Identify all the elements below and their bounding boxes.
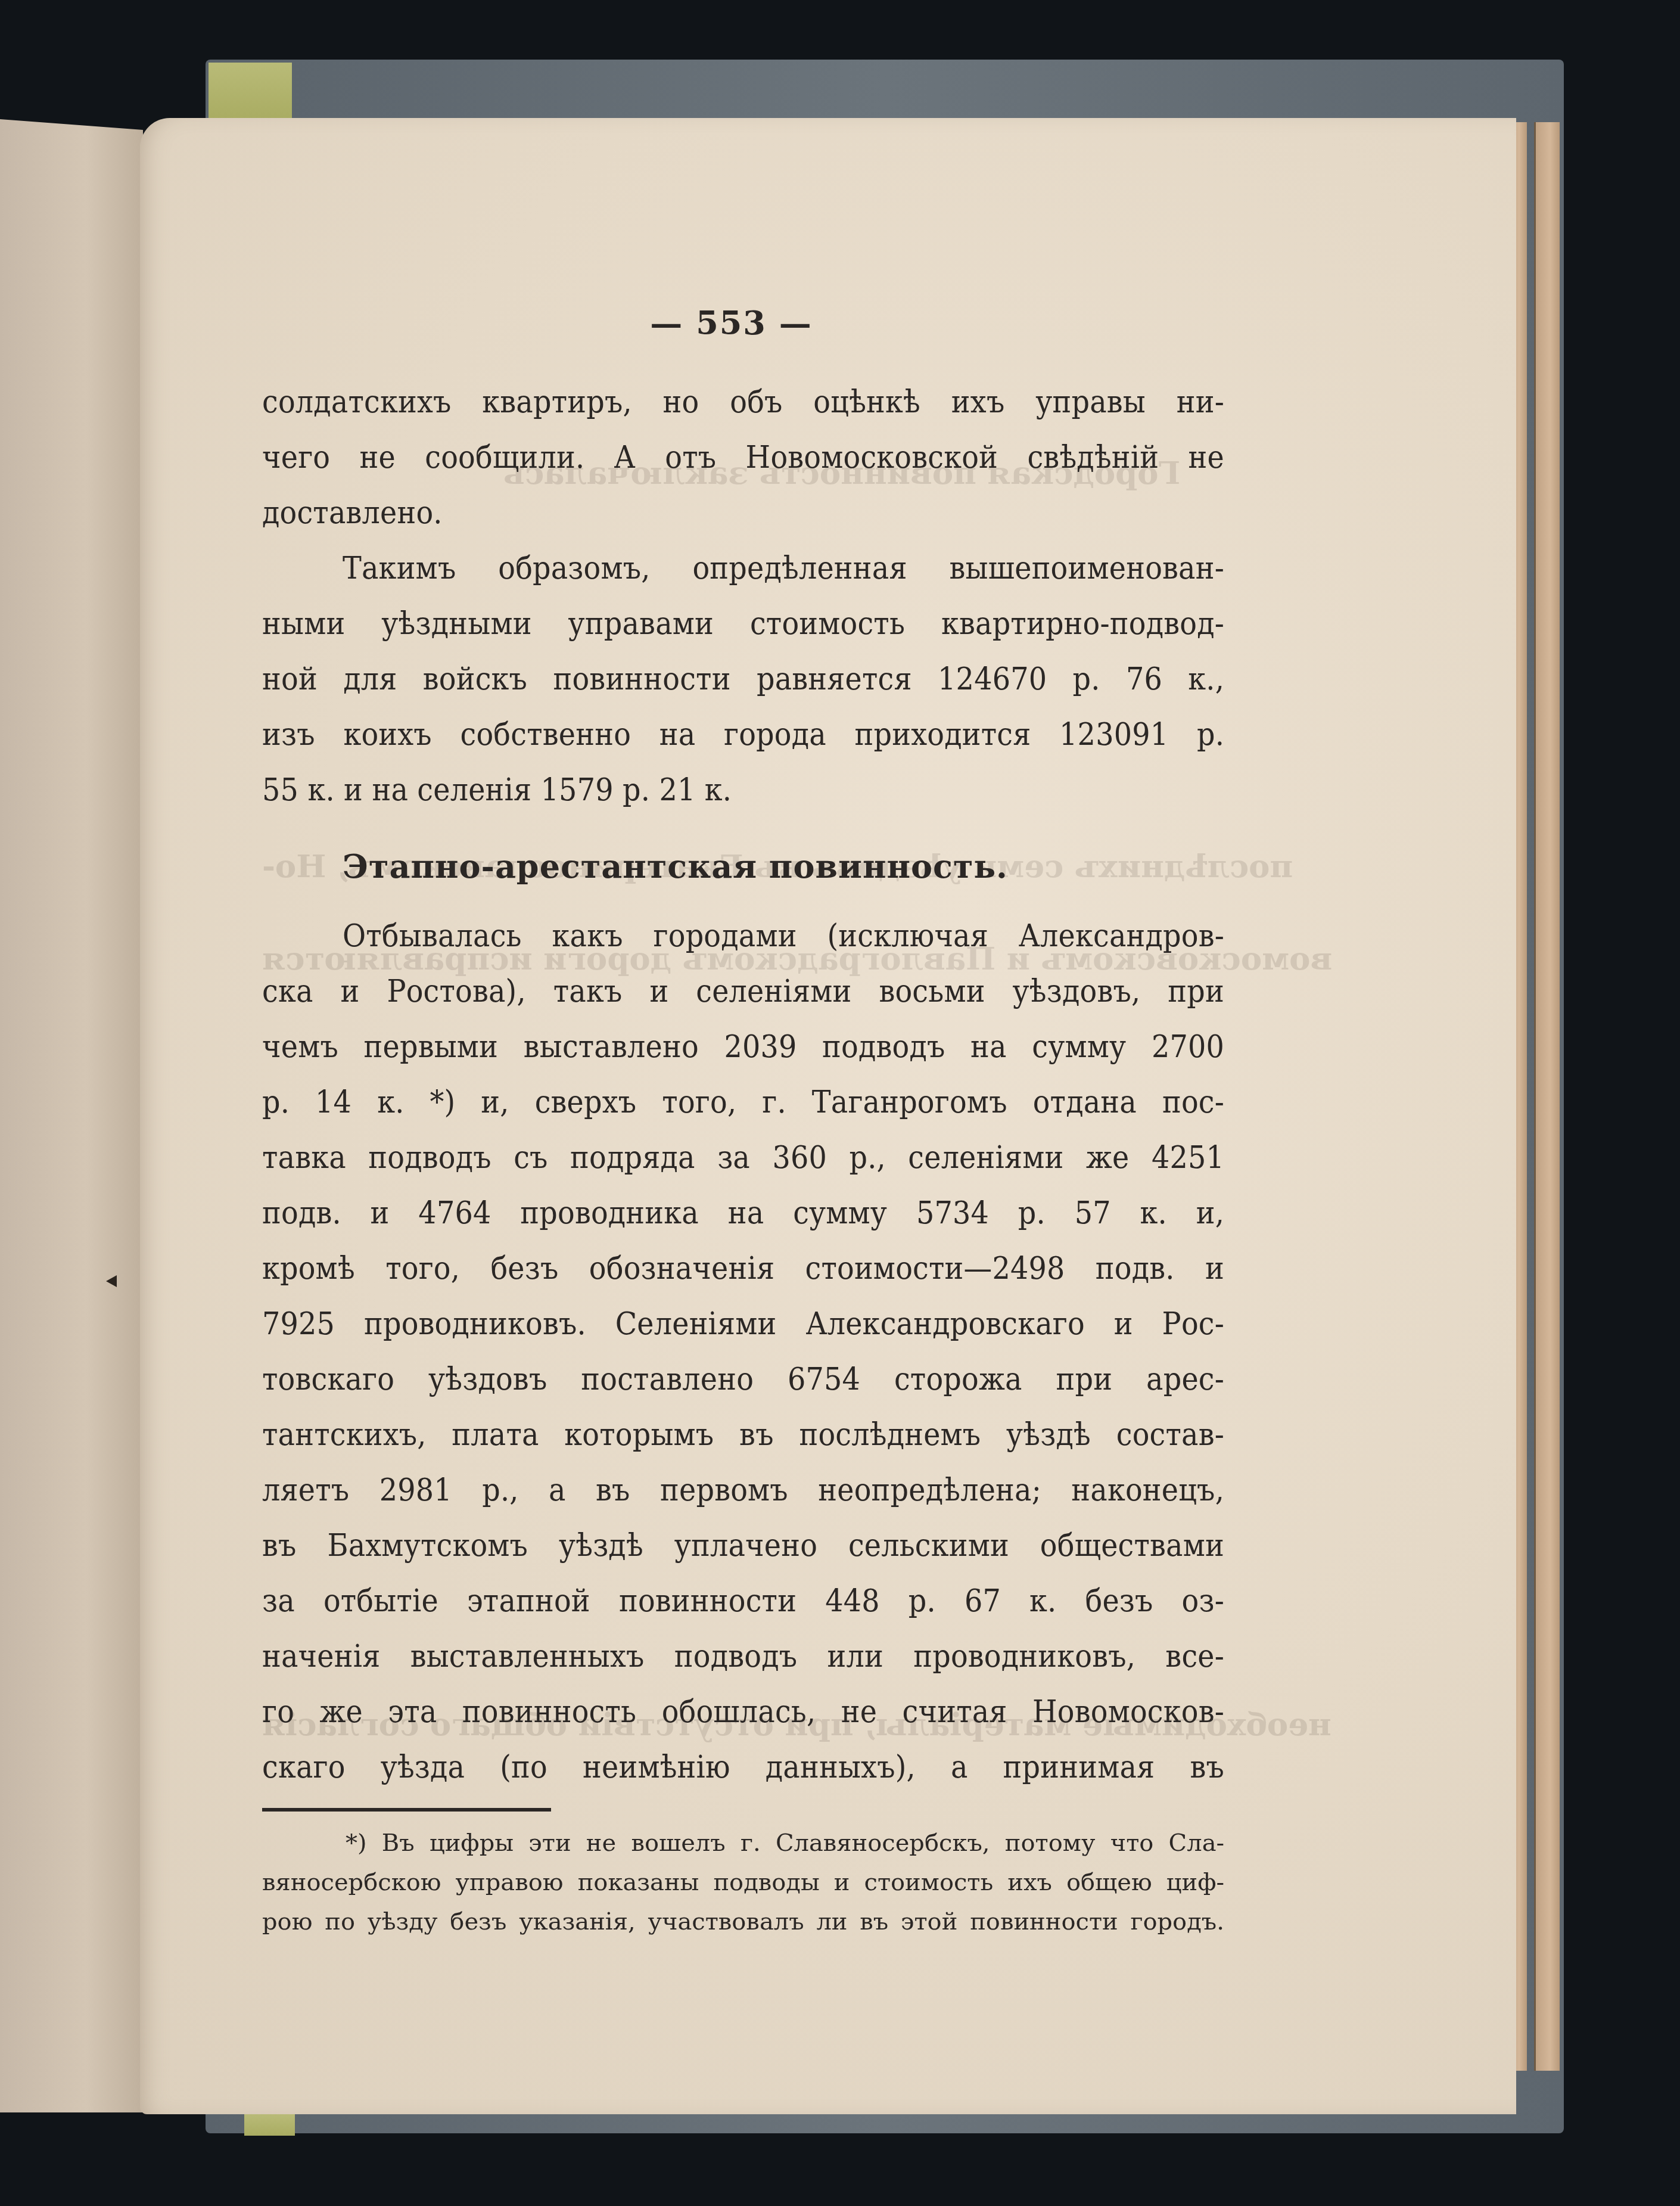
text-line: чемъ первыми выставлено 2039 подводъ на …	[262, 1019, 1224, 1074]
text-line: р. 14 к. *) и, сверхъ того, г. Таганрого…	[262, 1074, 1224, 1130]
text-line: ной для войскъ повинности равняется 1246…	[262, 651, 1224, 707]
text-line: го же эта повинность обошлась, не считая…	[262, 1684, 1224, 1739]
paragraph-1: солдатскихъ квартиръ, но объ оцѣнкѣ ихъ …	[262, 374, 1224, 540]
page-edge-stack	[1534, 122, 1560, 2071]
footnote-divider	[262, 1808, 551, 1812]
text-line: подв. и 4764 проводника на сумму 5734 р.…	[262, 1185, 1224, 1241]
text-line: за отбытіе этапной повинности 448 р. 67 …	[262, 1573, 1224, 1629]
text-line: ляетъ 2981 р., а въ первомъ неопредѣлена…	[262, 1462, 1224, 1518]
text-line: въ Бахмутскомъ уѣздѣ уплачено сельскими …	[262, 1518, 1224, 1573]
ribbon-bottom	[244, 2114, 295, 2136]
paragraph-3: Отбывалась какъ городами (исключая Алекс…	[262, 908, 1224, 1795]
text-line: скаго уѣзда (по неимѣнію данныхъ), а при…	[262, 1739, 1224, 1795]
facing-page-left	[0, 119, 143, 2112]
footnote: *) Въ цифры эти не вошелъ г. Славяносерб…	[262, 1823, 1224, 1941]
text-line: 55 к. и на селенія 1579 р. 21 к.	[262, 762, 1224, 818]
text-line: кромѣ того, безъ обозначенія стоимости—2…	[262, 1241, 1224, 1296]
text-line: доставлено.	[262, 485, 1224, 540]
text-line: ными уѣздными управами стоимость квартир…	[262, 596, 1224, 651]
footnote-line: *) Въ цифры эти не вошелъ г. Славяносерб…	[262, 1823, 1224, 1863]
paragraph-2: Такимъ образомъ, опредѣленная вышепоимен…	[262, 540, 1224, 818]
section-heading: Этапно-арестантская повинность.	[262, 825, 1224, 908]
footnote-line: вяносербскою управою показаны подводы и …	[262, 1863, 1224, 1902]
text-line: солдатскихъ квартиръ, но объ оцѣнкѣ ихъ …	[262, 374, 1224, 430]
text-line: ска и Ростова), такъ и селеніями восьми …	[262, 964, 1224, 1019]
text-line: тавка подводъ съ подряда за 360 р., селе…	[262, 1130, 1224, 1185]
ribbon-top	[209, 63, 292, 119]
text-line: наченія выставленныхъ подводъ или провод…	[262, 1629, 1224, 1684]
text-line: 7925 проводниковъ. Селеніями Александров…	[262, 1296, 1224, 1351]
page-text: — 553 — солдатскихъ квартиръ, но объ оцѣ…	[262, 304, 1224, 1941]
text-line: тантскихъ, плата которымъ въ послѣднемъ …	[262, 1407, 1224, 1462]
book-page: Городская повинность заключалась послѣдн…	[140, 118, 1516, 2114]
text-line: изъ коихъ собственно на города приходитс…	[262, 707, 1224, 762]
page-marker-icon	[106, 1275, 117, 1287]
footnote-line: рою по уѣзду безъ указанія, участвовалъ …	[262, 1902, 1224, 1941]
page-number: — 553 —	[238, 304, 1224, 374]
text-line: товскаго уѣздовъ поставлено 6754 сторожа…	[262, 1351, 1224, 1407]
text-line: чего не сообщили. А отъ Новомосковской с…	[262, 430, 1224, 485]
text-line: Такимъ образомъ, опредѣленная вышепоимен…	[262, 540, 1224, 596]
text-line: Отбывалась какъ городами (исключая Алекс…	[262, 908, 1224, 964]
